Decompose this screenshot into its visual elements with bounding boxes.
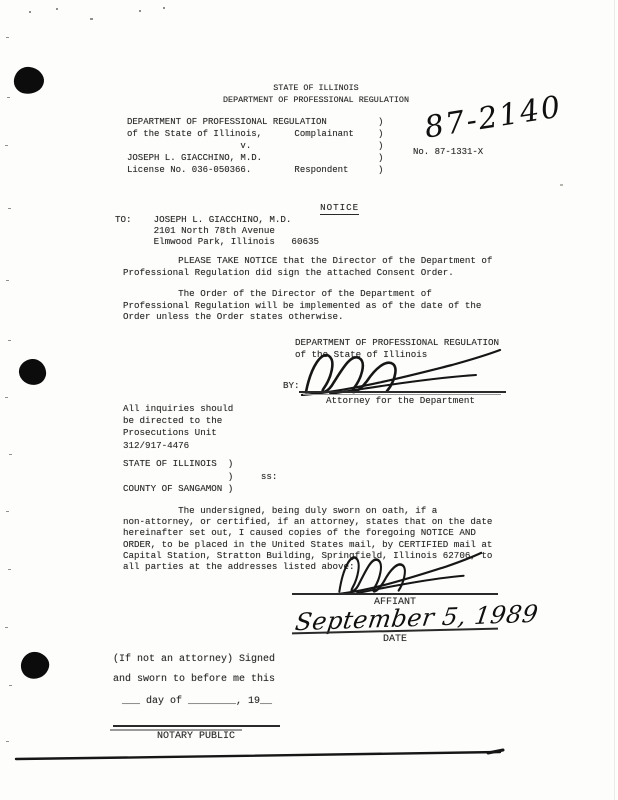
scan-artifact [90,18,93,20]
scan-artifact [29,11,31,13]
scan-artifact [7,97,10,98]
document-header: STATE OF ILLINOIS DEPARTMENT OF PROFESSI… [136,83,496,106]
by-label: BY: [283,380,300,391]
notice-title: NOTICE [320,202,359,215]
hole-punch-mark [18,649,51,681]
recipient-address-block: TO: JOSEPH L. GIACCHINO, M.D. 2101 North… [115,214,319,248]
attorney-signature-line [299,391,506,393]
notary-public-label: NOTARY PUBLIC [157,731,235,742]
scan-artifact [6,511,9,512]
hole-punch-mark [12,65,45,96]
caption-paren-column: ) ) ) ) ) [378,116,383,176]
notice-paragraph-1: PLEASE TAKE NOTICE that the Director of … [123,255,492,278]
scan-artifact [6,37,9,38]
scan-artifact [6,280,9,281]
affiant-line [292,593,498,595]
notary-line-2: and sworn to before me this [113,674,275,685]
venue-block: STATE OF ILLINOIS ) ) ss: COUNTY OF SANG… [123,458,277,496]
date-label: DATE [383,634,407,645]
scan-artifact [163,7,165,9]
scan-artifact [5,627,8,628]
scan-artifact [5,145,8,146]
attorney-title: Attorney for the Department [326,395,475,406]
scan-artifact [560,184,563,186]
case-number: No. 87-1331-X [413,147,483,158]
notary-line-1: (If not an attorney) Signed [113,654,275,665]
scan-artifact [6,741,9,742]
hole-punch-mark [18,358,48,387]
case-caption: DEPARTMENT OF PROFESSIONAL REGULATION of… [127,116,354,176]
scan-edge-line [614,0,616,800]
bottom-scan-line [0,746,618,764]
inquiries-block: All inquiries should be directed to the … [123,403,233,452]
scan-artifact [56,8,58,10]
notary-signature-line [113,725,280,727]
scan-artifact [9,454,12,455]
scan-artifact [9,685,12,686]
scanned-notice-page: STATE OF ILLINOIS DEPARTMENT OF PROFESSI… [0,0,618,800]
notary-day-of-line: ___ day of ________, 19__ [122,696,272,707]
scan-artifact [139,10,141,12]
scan-artifact [8,569,11,570]
scan-artifact [8,340,11,341]
affiant-signature [335,551,485,595]
scan-artifact [8,208,11,209]
attorney-signature [300,348,505,396]
scan-artifact [5,397,8,398]
notice-paragraph-2: The Order of the Director of the Departm… [123,288,481,323]
